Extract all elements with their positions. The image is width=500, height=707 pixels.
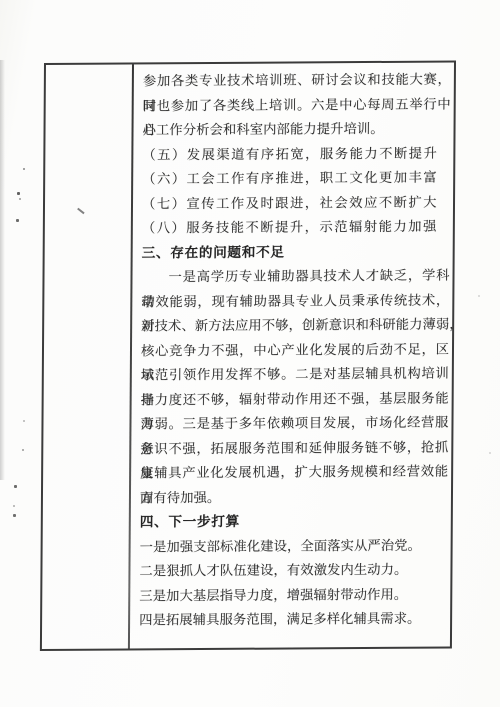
report-text-line: 复辅具产业化发展机遇，扩大服务规模和经营效能方 [140,460,448,486]
scan-speck [489,452,491,454]
report-text-line: 三、存在的问题和不足 [142,239,450,265]
scan-speck [14,485,17,488]
report-text-line: 面有待加强。 [140,484,448,510]
scan-speck [17,192,20,195]
report-text-line: 三是加大基层指导力度，增强辐射带动作用。 [139,582,447,608]
scan-speck [13,514,16,517]
report-text-line: 核心竞争力不强，中心产业化发展的后劲不足，区域 [141,337,449,363]
scanned-document-page: 参加各类专业技术培训班、研讨会议和技能大赛，同时也参加了各类线上培训。六是中心每… [0,0,500,707]
report-text-line: （五）发展渠道有序拓宽，服务能力不断提升 [142,141,450,167]
scan-speck [478,295,480,297]
scan-speck [23,420,25,422]
scanner-edge-shadow [0,60,5,480]
scan-speck [23,168,25,170]
report-text-line: 示范引领作用发挥不够。二是对基层辅具机构培训指 [141,362,449,388]
report-text-line: 薄弱。三是基于多年依赖项目发展，市场化经营服务 [140,411,448,437]
report-text-line: 一是高学历专业辅助器具技术人才缺乏，学科带 [141,264,449,290]
report-text-line: （七）宣传工作及时跟进，社会效应不断扩大 [142,190,450,216]
scan-speck [16,219,19,222]
report-text-line: （八）服务技能不断提升，示范辐射能力加强 [142,215,450,241]
report-text-line: 意识不强，拓展服务范围和延伸服务链不够，抢抓康 [140,435,448,461]
report-text-line: 新技术、新方法应用不够，创新意识和科研能力薄弱， [141,313,449,339]
scan-speck [22,449,24,451]
scan-speck [19,198,21,200]
report-text-line: 动效能弱，现有辅助器具专业人员秉承传统技术，对 [141,288,449,314]
report-text-line: 月工作分析会和科室内部能力提升培训。 [142,117,450,143]
report-text-line: 四是拓展辅具服务范围，满足多样化辅具需求。 [139,607,447,633]
report-table: 参加各类专业技术培训班、研讨会议和技能大赛，同时也参加了各类线上培训。六是中心每… [40,60,456,651]
report-content: 参加各类专业技术培训班、研讨会议和技能大赛，同时也参加了各类线上培训。六是中心每… [139,68,451,633]
report-text-line: 时也参加了各类线上培训。六是中心每周五举行中心 [143,92,451,118]
report-text-line: 一是加强支部标准化建设，全面落实从严治党。 [140,533,448,559]
scan-speck [13,505,15,507]
report-text-line: 二是狠抓人才队伍建设，有效激发内生动力。 [139,558,447,584]
report-text-line: 导力度还不够，辐射带动作用还不强，基层服务能力 [141,386,449,412]
report-text-line: （六）工会工作有序推进，职工文化更加丰富 [142,166,450,192]
table-label-cell-empty [42,64,132,649]
report-text-line: 四、下一步打算 [140,509,448,535]
report-text-line: 参加各类专业技术培训班、研讨会议和技能大赛，同 [143,68,451,94]
